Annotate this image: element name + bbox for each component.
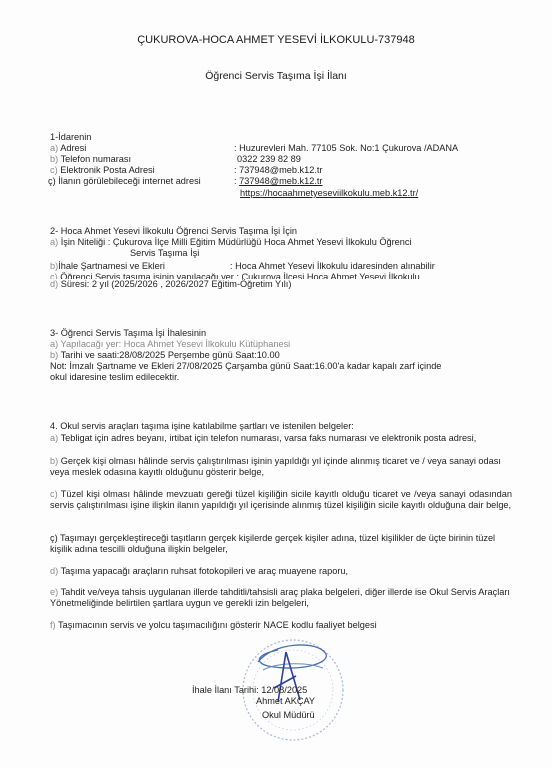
section1-row-email-value: : 737948@meb.k12.tr [234,165,323,176]
section4-heading: 4. Okul servis araçları taşıma işine kat… [50,421,354,432]
section1-row-address-label: a) Adresi [50,143,86,154]
section1-row-web-value: : 737948@meb.k12.tr [234,176,323,187]
section2-item-b-value: : Hoca Ahmet Yesevi İlkokulu idaresinden… [230,261,435,272]
section1-row-email-label: c) Elektronik Posta Adresi [50,165,155,176]
announcement-date: İhale İlanı Tarihi: 12/08/2025 [192,685,307,696]
section1-row-phone-value: 0322 239 82 89 [237,154,301,165]
signatory-role: Okul Müdürü [262,710,315,721]
section1-row-address-value: : Huzurevleri Mah. 77105 Sok. No:1 Çukur… [234,143,458,154]
section3-note-line2: okul idaresine teslim edilecektir. [50,372,179,383]
section4-item-f: f) Taşımacının servis ve yolcu taşımacıl… [50,620,377,631]
section4-item-e: e) Tahdit ve/veya tahsis uygulanan iller… [50,587,512,609]
section3-heading: 3- Öğrenci Servis Taşıma İşi İhalesinin [50,328,206,339]
section4-item-b: b) Gerçek kişi olması hâlinde servis çal… [50,456,510,478]
section3-note-line1: Not: İmzalı Şartname ve Ekleri 27/08/202… [50,361,441,372]
document-page: ÇUKUROVA-HOCA AHMET YESEVİ İLKOKULU-7379… [0,0,552,768]
section2-heading: 2- Hoca Ahmet Yesevi İlkokulu Öğrenci Se… [50,226,297,237]
section3-item-b: b) Tarihi ve saati:28/08/2025 Perşembe g… [50,350,280,361]
section2-item-d: d) Süresi: 2 yıl (2025/2026 , 2026/2027 … [50,279,291,290]
document-title: Öğrenci Servis Taşıma İşi İlanı [0,70,552,82]
section1-row-phone-label: b) Telefon numarası [50,154,131,165]
section2-item-a: a) İşin Niteliği : Çukurova İlçe Milli E… [50,237,412,248]
school-title: ÇUKUROVA-HOCA AHMET YESEVİ İLKOKULU-7379… [0,34,552,46]
section4-item-c: c) Tüzel kişi olması hâlinde mevzuatı ge… [50,489,512,511]
section2-item-a-cont: Servis Taşıma İşi [130,248,199,259]
section2-item-c: c) Öğrenci Servis taşıma işinin yapılaca… [50,272,420,279]
section4-item-c-cedilla: ç) Taşımayı gerçekleştireceği taşıtların… [50,533,512,555]
signatory-name: Ahmet AKÇAY [256,696,315,707]
section2-item-b-label: b)İhale Şartnamesi ve Ekleri [50,261,165,272]
section1-heading: 1-İdarenin [50,132,91,143]
section1-row-web-label: ç) İlanın görülebileceği internet adresi [48,176,201,187]
section4-item-d: d) Taşıma yapacağı araçların ruhsat foto… [50,566,512,577]
website-link[interactable]: https://hocaahmetyeseviilkokulu.meb.k12.… [240,188,418,199]
section4-item-a: a) Tebligat için adres beyanı, irtibat i… [50,433,510,444]
email-link[interactable]: 737948@meb.k12.tr [239,176,322,186]
section3-item-a: a) Yapılacağı yer: Hoca Ahmet Yesevi İlk… [50,339,290,350]
